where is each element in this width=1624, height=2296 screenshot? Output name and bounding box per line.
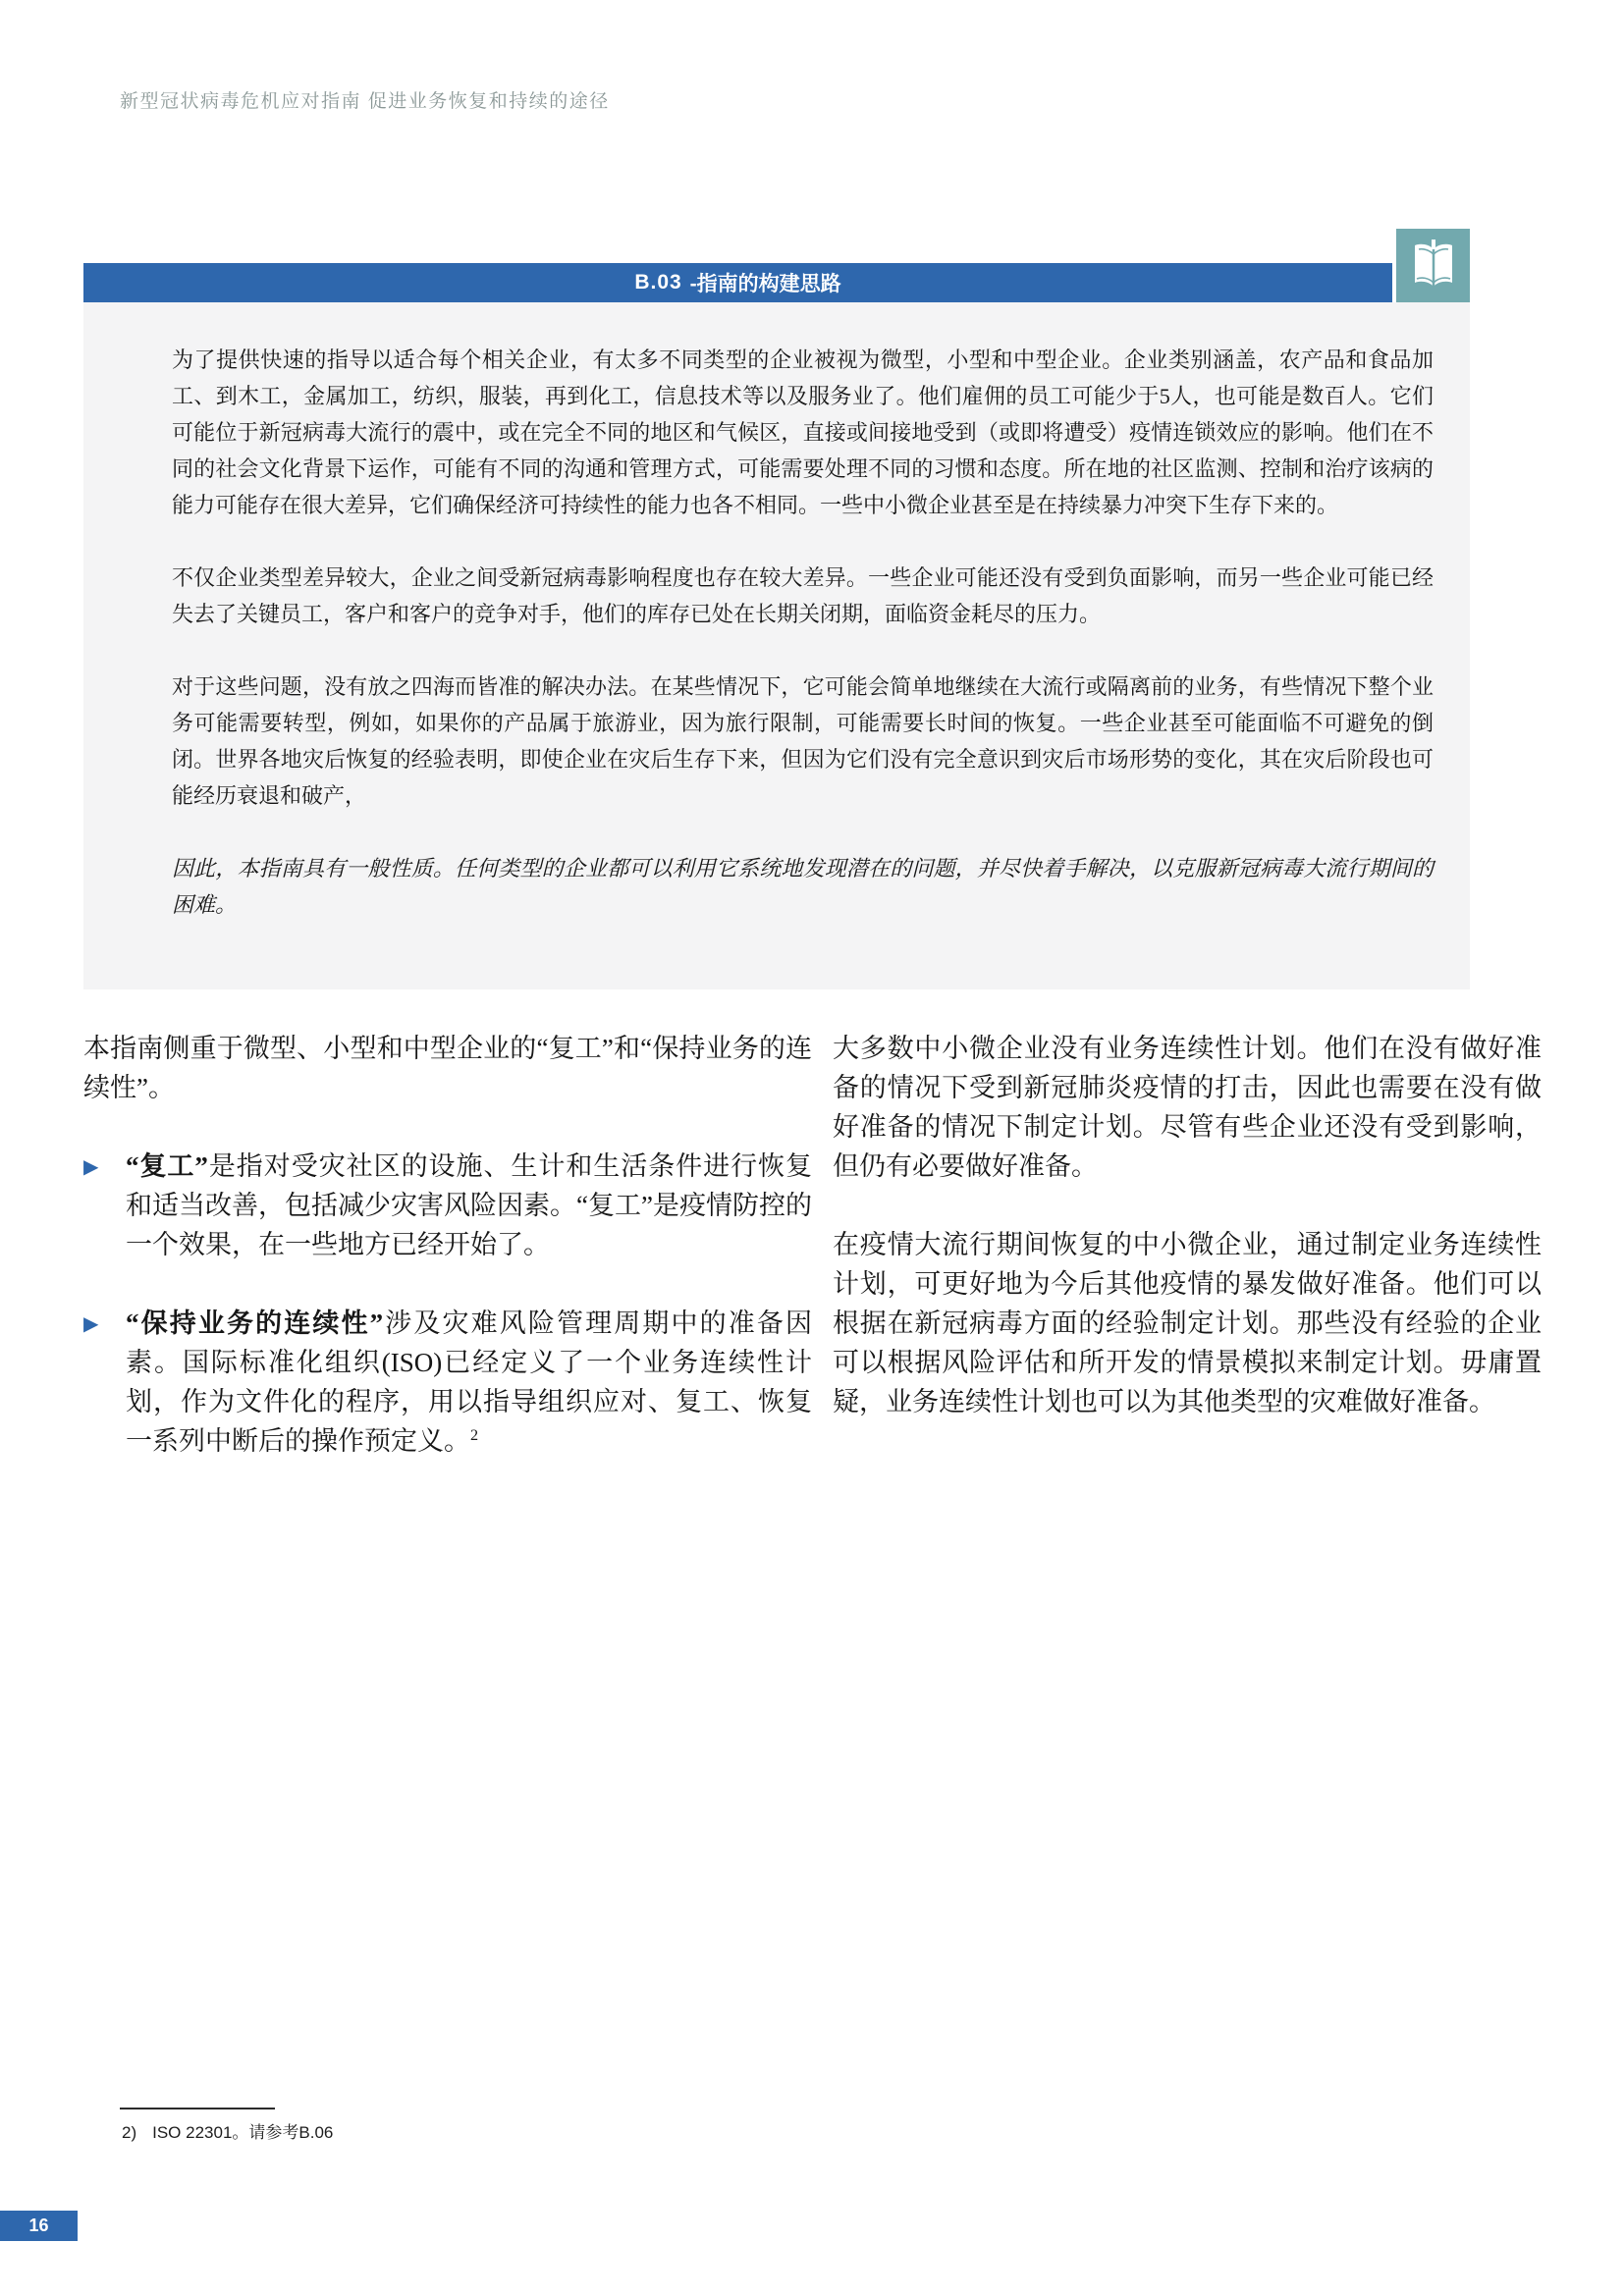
open-book-icon [1409, 238, 1458, 295]
page-number-badge: 16 [0, 2211, 78, 2241]
section-title: -指南的构建思路 [690, 268, 841, 297]
bullet-term: “复工” [126, 1151, 208, 1181]
right-column: 大多数中小微企业没有业务连续性计划。他们在没有做好准备的情况下受到新冠肺炎疫情的… [833, 1029, 1542, 1461]
footnote-reference: 2 [470, 1426, 478, 1444]
bullet-text: “复工”是指对受灾社区的设施、生计和生活条件进行恢复和适当改善，包括减少灾害风险… [126, 1147, 812, 1264]
footnote: 2)ISO 22301。请参考B.06 [122, 2118, 333, 2143]
list-item: ▶ “保持业务的连续性”涉及灾难风险管理周期中的准备因素。国际标准化组织(ISO… [83, 1304, 812, 1461]
body-paragraph: 在疫情大流行期间恢复的中小微企业，通过制定业务连续性计划，可更好地为今后其他疫情… [833, 1225, 1542, 1421]
bullet-term: “保持业务的连续性” [126, 1308, 383, 1338]
footnote-marker: 2) [122, 2123, 136, 2143]
intro-paragraph: 本指南侧重于微型、小型和中型企业的“复工”和“保持业务的连续性”。 [83, 1029, 812, 1107]
footnote-divider [120, 2108, 275, 2109]
list-item: ▶ “复工”是指对受灾社区的设施、生计和生活条件进行恢复和适当改善，包括减少灾害… [83, 1147, 812, 1264]
info-paragraph: 为了提供快速的指导以适合每个相关企业，有太多不同类型的企业被视为微型，小型和中型… [172, 342, 1434, 523]
section-code: B.03 [634, 271, 681, 294]
triangle-right-icon: ▶ [83, 1304, 126, 1461]
bullet-body: 是指对受灾社区的设施、生计和生活条件进行恢复和适当改善，包括减少灾害风险因素。“… [126, 1151, 812, 1259]
triangle-right-icon: ▶ [83, 1147, 126, 1264]
footnote-text: ISO 22301。请参考B.06 [152, 2123, 333, 2142]
document-page: 新型冠状病毒危机应对指南 促进业务恢复和持续的途径 B.03 -指南的构建思路 … [0, 0, 1624, 2296]
info-paragraph-italic: 因此，本指南具有一般性质。任何类型的企业都可以利用它系统地发现潜在的问题，并尽快… [172, 850, 1434, 923]
bullet-text: “保持业务的连续性”涉及灾难风险管理周期中的准备因素。国际标准化组织(ISO)已… [126, 1304, 812, 1461]
section-icon-box [1396, 229, 1470, 303]
body-paragraph: 大多数中小微企业没有业务连续性计划。他们在没有做好准备的情况下受到新冠肺炎疫情的… [833, 1029, 1542, 1186]
section-banner: B.03 -指南的构建思路 [83, 263, 1392, 302]
running-header: 新型冠状病毒危机应对指南 促进业务恢复和持续的途径 [120, 86, 610, 113]
left-column: 本指南侧重于微型、小型和中型企业的“复工”和“保持业务的连续性”。 ▶ “复工”… [83, 1029, 812, 1500]
info-box: 为了提供快速的指导以适合每个相关企业，有太多不同类型的企业被视为微型，小型和中型… [83, 302, 1470, 989]
info-paragraph: 不仅企业类型差异较大，企业之间受新冠病毒影响程度也存在较大差异。一些企业可能还没… [172, 560, 1434, 632]
info-paragraph: 对于这些问题，没有放之四海而皆准的解决办法。在某些情况下，它可能会简单地继续在大… [172, 668, 1434, 814]
